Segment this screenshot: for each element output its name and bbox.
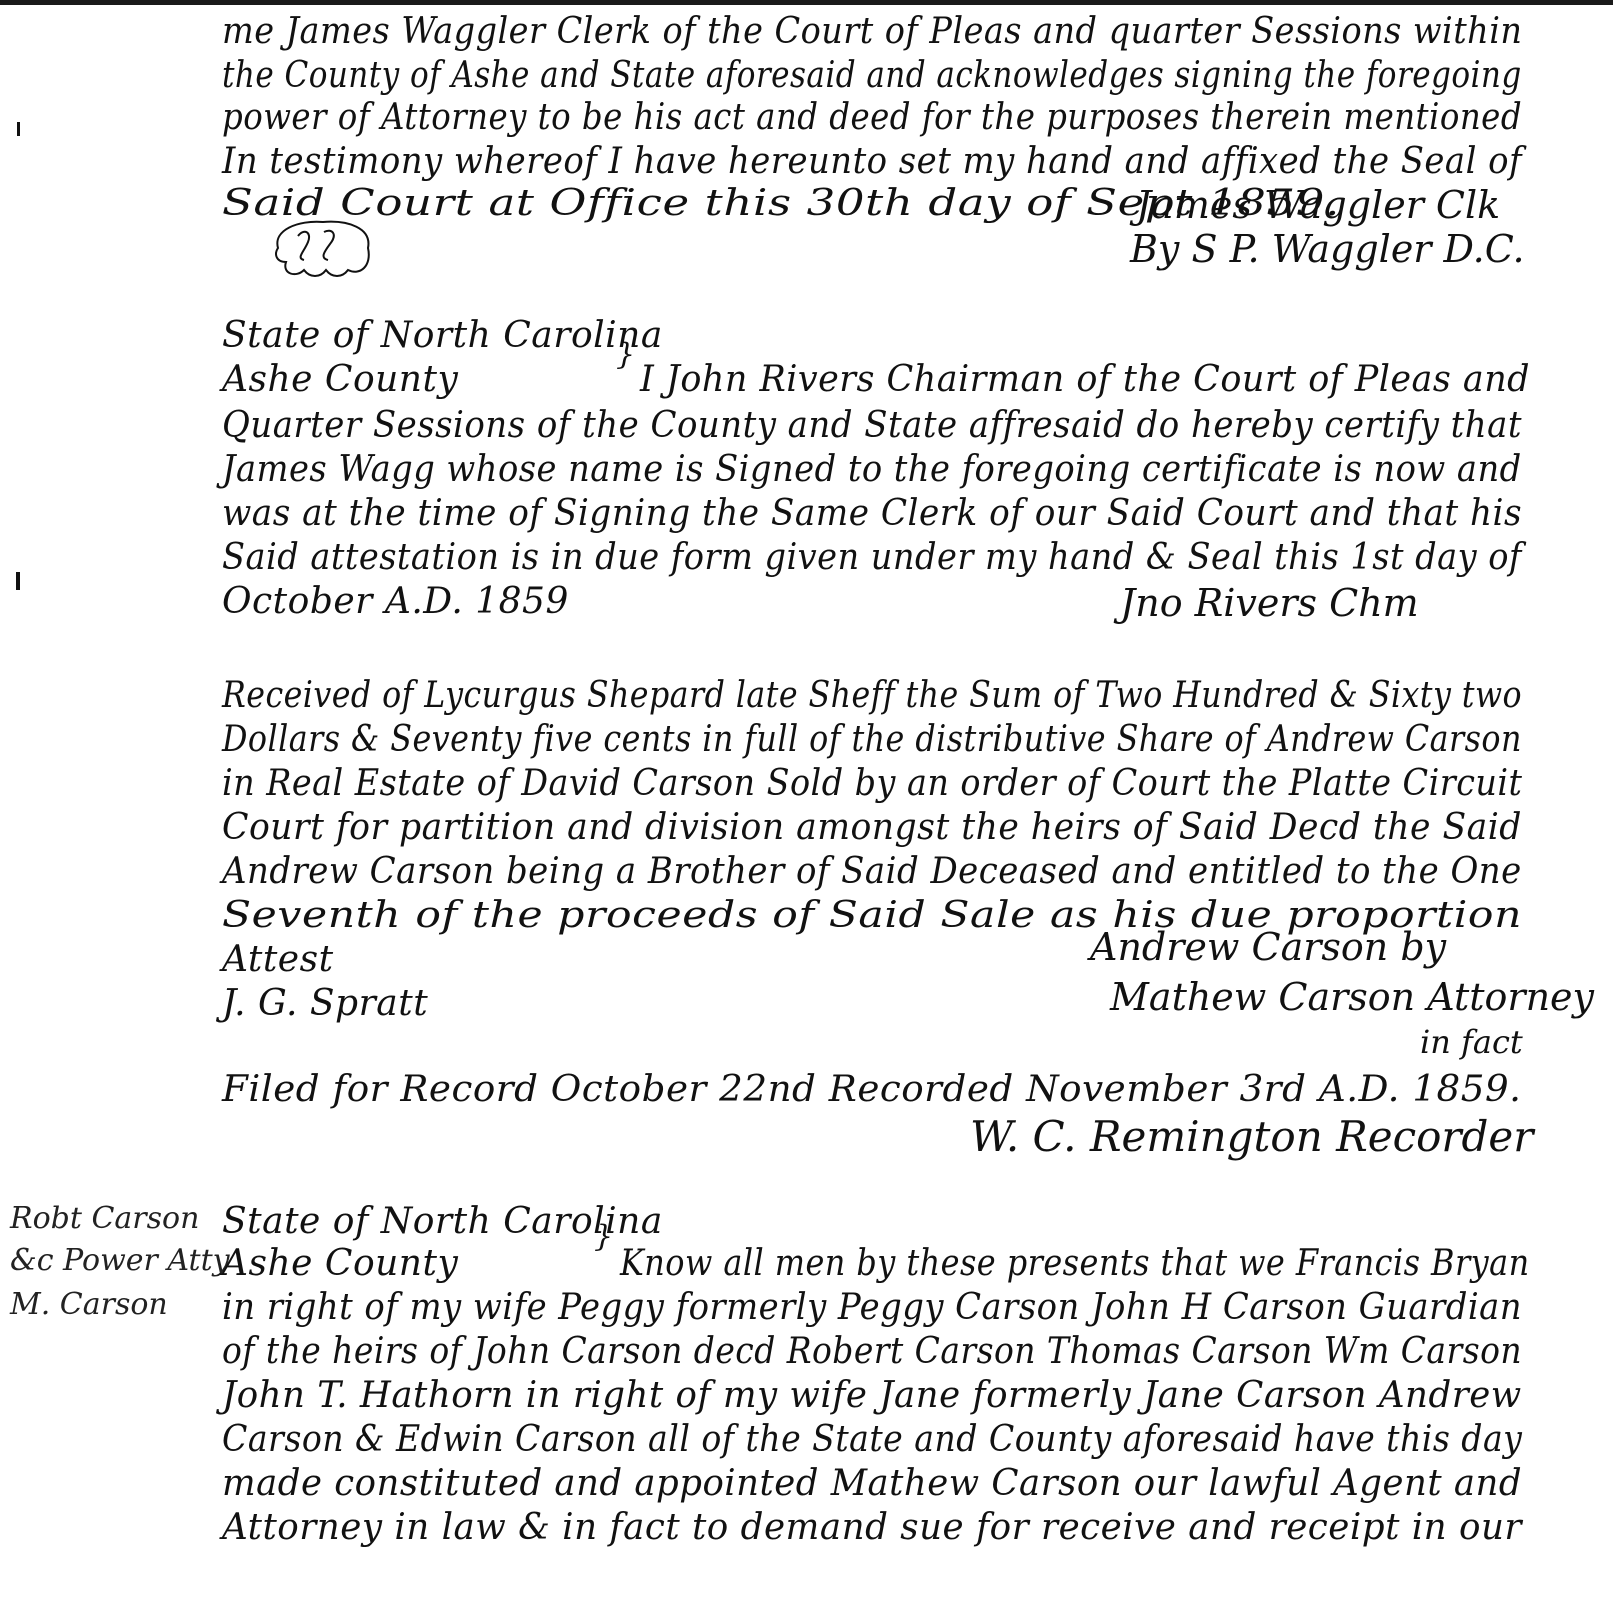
margin-note: M. Carson — [10, 1290, 168, 1320]
county-heading: Ashe County — [222, 1246, 458, 1282]
clerk-signature: James Waggler Clk — [1136, 186, 1500, 224]
chairman-certificate-line: James Wagg whose name is Signed to the f… — [222, 452, 1522, 488]
chairman-certificate-line: was at the time of Signing the Same Cler… — [222, 496, 1522, 532]
chairman-signature: Jno Rivers Chm — [1120, 584, 1419, 622]
attest-witness: J. G. Spratt — [222, 986, 428, 1022]
clerk-certificate-line: the County of Ashe and State aforesaid a… — [222, 58, 1522, 94]
chairman-certificate-line: I John Rivers Chairman of the Court of P… — [640, 362, 1530, 398]
receipt-signature: Andrew Carson by — [1090, 928, 1446, 966]
scan-top-border — [0, 0, 1613, 5]
attest-label: Attest — [222, 942, 334, 978]
clerk-certificate-line: power of Attorney to be his act and deed… — [222, 100, 1522, 136]
chairman-certificate-line: Said attestation is in due form given un… — [222, 540, 1522, 576]
power-of-attorney-line: Know all men by these presents that we F… — [620, 1246, 1530, 1282]
chairman-certificate-line: Quarter Sessions of the County and State… — [222, 408, 1522, 444]
receipt-line: Dollars & Seventy five cents in full of … — [222, 722, 1522, 758]
brace-mark: } — [594, 1222, 613, 1252]
attorney-in-fact-label: in fact — [1420, 1026, 1523, 1058]
state-heading: State of North Carolina — [222, 318, 663, 354]
left-edge-mark — [16, 572, 20, 590]
court-seal-icon — [268, 218, 378, 280]
power-of-attorney-line: in right of my wife Peggy formerly Peggy… — [222, 1290, 1522, 1326]
clerk-certificate-line: me James Waggler Clerk of the Court of P… — [222, 14, 1522, 50]
deputy-clerk-signature: By S P. Waggler D.C. — [1130, 230, 1525, 268]
power-of-attorney-line: of the heirs of John Carson decd Robert … — [222, 1334, 1522, 1370]
margin-note: &c Power Atty — [10, 1246, 230, 1276]
power-of-attorney-line: Carson & Edwin Carson all of the State a… — [222, 1422, 1522, 1458]
filing-note: Filed for Record October 22nd Recorded N… — [222, 1072, 1521, 1108]
receipt-line: Court for partition and division amongst… — [222, 810, 1522, 846]
attorney-signature: Mathew Carson Attorney — [1110, 978, 1594, 1016]
power-of-attorney-line: Attorney in law & in fact to demand sue … — [222, 1510, 1522, 1546]
power-of-attorney-line: John T. Hathorn in right of my wife Jane… — [222, 1378, 1522, 1414]
county-heading: Ashe County — [222, 362, 458, 398]
recorder-signature: W. C. Remington Recorder — [970, 1116, 1533, 1158]
left-edge-mark — [17, 122, 20, 136]
document-page: me James Waggler Clerk of the Court of P… — [0, 0, 1613, 1600]
power-of-attorney-line: made constituted and appointed Mathew Ca… — [222, 1466, 1522, 1502]
receipt-line: Andrew Carson being a Brother of Said De… — [222, 854, 1522, 890]
receipt-line: Received of Lycurgus Shepard late Sheff … — [222, 678, 1522, 714]
receipt-line: in Real Estate of David Carson Sold by a… — [222, 766, 1522, 802]
brace-mark: } — [616, 340, 635, 370]
chairman-certificate-line: October A.D. 1859 — [222, 584, 569, 620]
clerk-certificate-line: In testimony whereof I have hereunto set… — [222, 144, 1522, 180]
margin-note: Robt Carson — [10, 1204, 199, 1234]
